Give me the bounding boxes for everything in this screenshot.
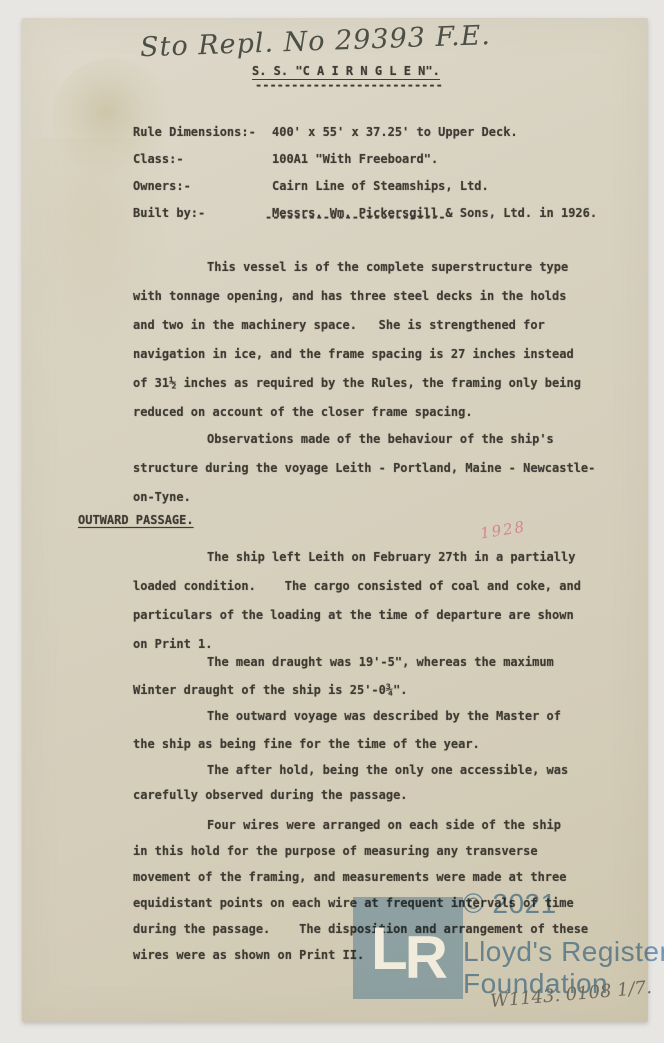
detail-label: Rule Dimensions:- xyxy=(133,119,272,146)
section-heading-outward-passage: OUTWARD PASSAGE. xyxy=(78,513,194,527)
paragraph-after-hold: The after hold, being the only one acces… xyxy=(133,758,603,808)
typed-line: loaded condition. The cargo consisted of… xyxy=(133,572,603,601)
typed-line: the ship as being fine for the time of t… xyxy=(133,730,603,758)
typed-line: with tonnage opening, and has three stee… xyxy=(133,282,603,311)
typed-line: structure during the voyage Leith - Port… xyxy=(133,454,603,483)
detail-value: 100A1 "With Freeboard". xyxy=(272,146,438,173)
handwritten-year-annotation: 1928 xyxy=(479,517,527,542)
typed-line: Observations made of the behaviour of th… xyxy=(133,425,603,454)
scan-background: Sto Repl. No 29393 F.E. S. S. "C A I R N… xyxy=(0,0,664,1043)
logo-letter-l: L xyxy=(371,914,405,983)
paragraph-vessel-description: This vessel is of the complete superstru… xyxy=(133,253,603,427)
detail-row-rule-dimensions: Rule Dimensions:- 400' x 55' x 37.25' to… xyxy=(133,119,633,146)
handwritten-reference-number: Sto Repl. No 29393 F.E. xyxy=(140,20,501,64)
built-by-dashed-rule: ------------------------- xyxy=(265,212,446,222)
paragraph-voyage-weather: The outward voyage was described by the … xyxy=(133,702,603,758)
paragraph-departure: The ship left Leith on February 27th in … xyxy=(133,543,603,659)
paragraph-draught: The mean draught was 19'-5", whereas the… xyxy=(133,648,603,704)
document-page: Sto Repl. No 29393 F.E. S. S. "C A I R N… xyxy=(22,18,648,1022)
watermark-copyright: © 2021 xyxy=(463,888,557,920)
typed-line: reduced on account of the closer frame s… xyxy=(133,398,603,427)
logo-letter-r: R xyxy=(405,923,445,992)
detail-label: Owners:- xyxy=(133,173,272,200)
typed-line: The mean draught was 19'-5", whereas the… xyxy=(133,648,603,676)
typed-line: carefully observed during the passage. xyxy=(133,783,603,808)
typed-line: in this hold for the purpose of measurin… xyxy=(133,838,603,864)
typed-line: and two in the machinery space. She is s… xyxy=(133,311,603,340)
paragraph-observations: Observations made of the behaviour of th… xyxy=(133,425,603,512)
typed-line: particulars of the loading at the time o… xyxy=(133,601,603,630)
typed-line: The outward voyage was described by the … xyxy=(133,702,603,730)
watermark-lloyds-register: Lloyd's Register xyxy=(463,936,664,968)
typed-line: The after hold, being the only one acces… xyxy=(133,758,603,783)
typed-line: on-Tyne. xyxy=(133,483,603,512)
detail-row-owners: Owners:- Cairn Line of Steamships, Ltd. xyxy=(133,173,633,200)
detail-label: Built by:- xyxy=(133,200,272,227)
detail-row-class: Class:- 100A1 "With Freeboard". xyxy=(133,146,633,173)
detail-value: 400' x 55' x 37.25' to Upper Deck. xyxy=(272,119,518,146)
typed-line: This vessel is of the complete superstru… xyxy=(133,253,603,282)
typed-line: The ship left Leith on February 27th in … xyxy=(133,543,603,572)
detail-value: Cairn Line of Steamships, Ltd. xyxy=(272,173,489,200)
typed-line: Four wires were arranged on each side of… xyxy=(133,812,603,838)
typed-line: movement of the framing, and measurement… xyxy=(133,864,603,890)
typed-line: Winter draught of the ship is 25'-0¾". xyxy=(133,676,603,704)
title-dashed-rule: -------------------------- xyxy=(255,80,443,90)
detail-label: Class:- xyxy=(133,146,272,173)
lloyds-register-lr-logo-icon: L R xyxy=(353,897,463,999)
typed-line: navigation in ice, and the frame spacing… xyxy=(133,340,603,369)
typed-line: of 31½ inches as required by the Rules, … xyxy=(133,369,603,398)
